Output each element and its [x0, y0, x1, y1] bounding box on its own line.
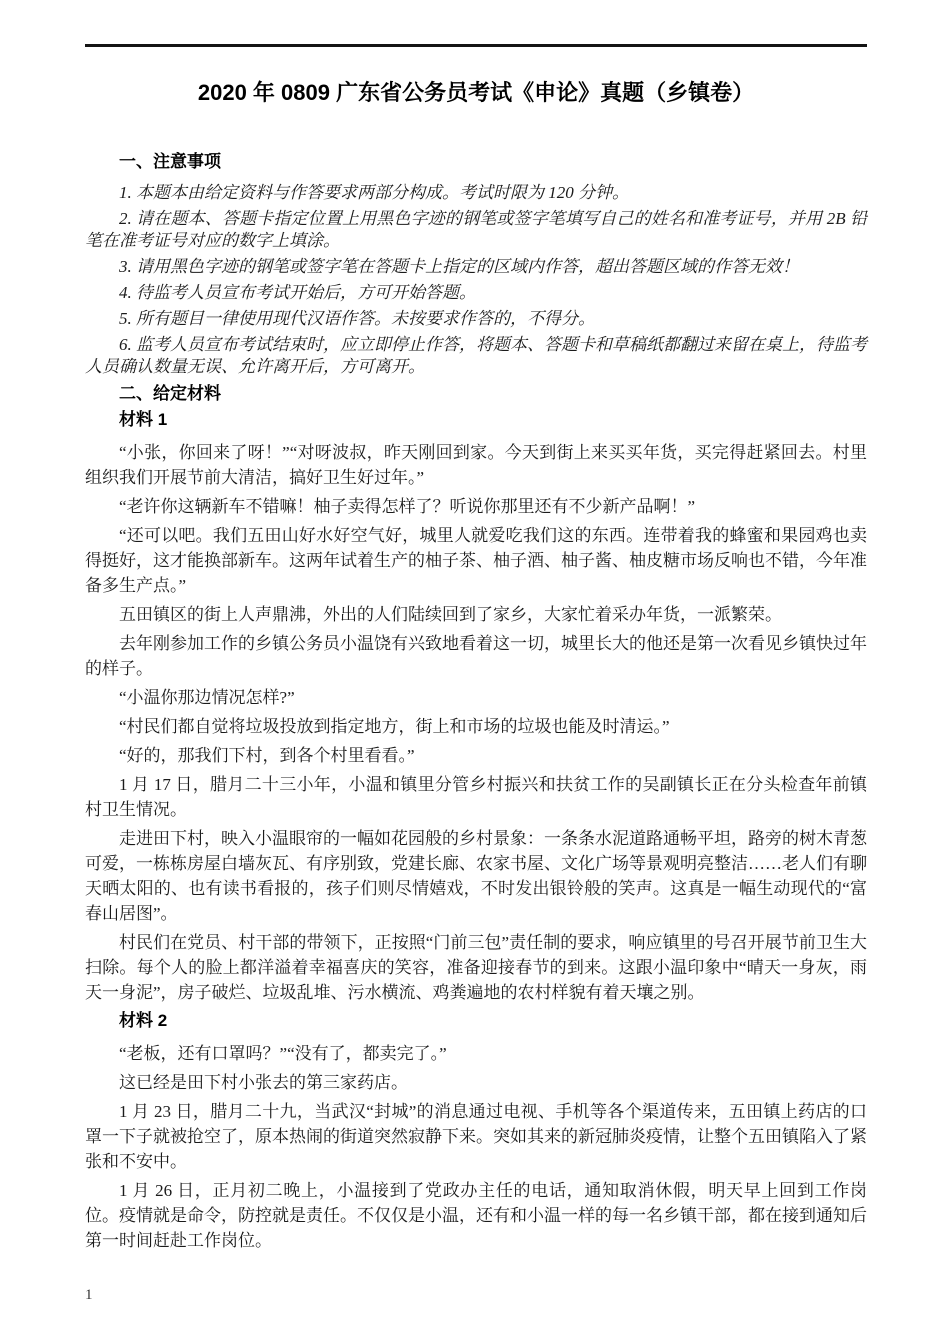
- material-2-label: 材料 2: [85, 1009, 867, 1033]
- material-1-paragraph: “好的，那我们下村，到各个村里看看。”: [85, 743, 867, 768]
- page-title: 2020 年 0809 广东省公务员考试《申论》真题（乡镇卷）: [85, 78, 867, 108]
- notice-item-1: 1. 本题本由给定资料与作答要求两部分构成。考试时限为 120 分钟。: [85, 182, 867, 204]
- page-number: 1: [85, 1286, 93, 1304]
- material-1-paragraph: “小温你那边情况怎样?”: [85, 685, 867, 710]
- material-1-paragraph: “村民们都自觉将垃圾投放到指定地方，街上和市场的垃圾也能及时清运。”: [85, 714, 867, 739]
- material-2-paragraph: “老板，还有口罩吗？”“没有了，都卖完了。”: [85, 1041, 867, 1066]
- notice-item-6: 6. 监考人员宣布考试结束时，应立即停止作答，将题本、答题卡和草稿纸都翻过来留在…: [85, 334, 867, 378]
- material-1-paragraph: 五田镇区的街上人声鼎沸，外出的人们陆续回到了家乡，大家忙着采办年货，一派繁荣。: [85, 602, 867, 627]
- material-1-paragraph: 去年刚参加工作的乡镇公务员小温饶有兴致地看着这一切，城里长大的他还是第一次看见乡…: [85, 631, 867, 681]
- material-1-paragraph: 走进田下村，映入小温眼帘的一幅如花园般的乡村景象：一条条水泥道路通畅平坦，路旁的…: [85, 826, 867, 926]
- material-1-paragraph: 1 月 17 日，腊月二十三小年，小温和镇里分管乡村振兴和扶贫工作的吴副镇长正在…: [85, 772, 867, 822]
- material-2-paragraph: 这已经是田下村小张去的第三家药店。: [85, 1070, 867, 1095]
- notice-item-2: 2. 请在题本、答题卡指定位置上用黑色字迹的钢笔或签字笔填写自己的姓名和准考证号…: [85, 208, 867, 252]
- material-1-paragraph: “小张，你回来了呀！”“对呀波叔，昨天刚回到家。今天到街上来买买年货，买完得赶紧…: [85, 440, 867, 490]
- notice-item-4: 4. 待监考人员宣布考试开始后，方可开始答题。: [85, 282, 867, 304]
- top-rule: [85, 44, 867, 47]
- material-1-paragraph: 村民们在党员、村干部的带领下，正按照“门前三包”责任制的要求，响应镇里的号召开展…: [85, 930, 867, 1005]
- notice-item-5: 5. 所有题目一律使用现代汉语作答。未按要求作答的，不得分。: [85, 308, 867, 330]
- material-1-label: 材料 1: [85, 408, 867, 432]
- material-2-paragraph: 1 月 26 日，正月初二晚上，小温接到了党政办主任的电话，通知取消休假，明天早…: [85, 1178, 867, 1253]
- material-1-paragraph: “还可以吧。我们五田山好水好空气好，城里人就爱吃我们这的东西。连带着我的蜂蜜和果…: [85, 523, 867, 598]
- notice-heading: 一、注意事项: [85, 150, 867, 174]
- page: 2020 年 0809 广东省公务员考试《申论》真题（乡镇卷） 一、注意事项 1…: [0, 0, 950, 1344]
- material-1-paragraph: “老许你这辆新车不错嘛！柚子卖得怎样了？听说你那里还有不少新产品啊！”: [85, 494, 867, 519]
- materials-heading: 二、给定材料: [85, 382, 867, 406]
- material-2-paragraph: 1 月 23 日，腊月二十九，当武汉“封城”的消息通过电视、手机等各个渠道传来，…: [85, 1099, 867, 1174]
- notice-item-3: 3. 请用黑色字迹的钢笔或签字笔在答题卡上指定的区域内作答，超出答题区域的作答无…: [85, 256, 867, 278]
